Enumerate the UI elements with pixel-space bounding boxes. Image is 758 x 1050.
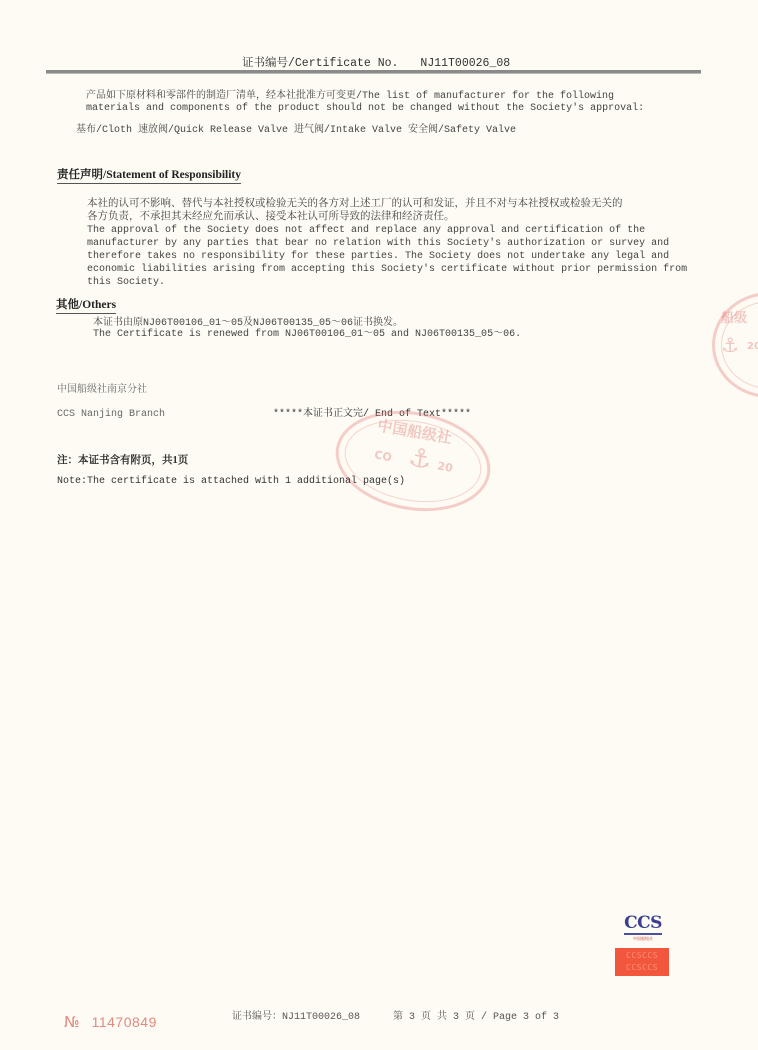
others-en: The Certificate is renewed from NJ06T001… bbox=[93, 329, 521, 342]
certificate-page: 证书编号/Certificate No.NJ11T00026_08 产品如下原材… bbox=[0, 0, 758, 1050]
responsibility-en-4: economic liabilities arising from accept… bbox=[87, 264, 687, 277]
responsibility-en-5: this Society. bbox=[87, 277, 165, 290]
edge-stamp-text: 船级 bbox=[721, 307, 747, 326]
intro-line-2: materials and components of the product … bbox=[86, 103, 644, 116]
responsibility-title: 责任声明/Statement of Responsibility bbox=[57, 166, 241, 184]
cert-label: 证书编号/Certificate No. bbox=[242, 57, 398, 70]
issuer-en: CCS Nanjing Branch bbox=[57, 409, 165, 422]
responsibility-en-2: manufacturer by any parties that bear no… bbox=[87, 238, 669, 251]
serial-number: №11470849 bbox=[64, 1013, 157, 1031]
header-divider bbox=[46, 70, 701, 74]
materials-list: 基布/Cloth 速放阀/Quick Release Valve 进气阀/Int… bbox=[76, 125, 516, 138]
ccs-logo-letters: CCS bbox=[622, 914, 664, 932]
responsibility-cn-1: 本社的认可不影响、替代与本社授权或检验无关的各方对上述工厂的认可和发证，并且不对… bbox=[87, 198, 623, 211]
edge-seal-stamp: 船级 ⚓ 20 bbox=[712, 292, 758, 398]
responsibility-cn-2: 各方负责，不承担其未经应允而承认、接受本社认可所导致的法律和经济责任。 bbox=[87, 211, 455, 224]
serial-prefix: № bbox=[64, 1013, 80, 1031]
others-title: 其他/Others bbox=[56, 296, 116, 314]
edge-anchor-icon: ⚓ bbox=[721, 333, 739, 357]
responsibility-en-1: The approval of the Society does not aff… bbox=[87, 225, 645, 238]
footer-cert-number: 证书编号：NJ11T00026_08 bbox=[232, 1007, 360, 1023]
footer-page-indicator: 第 3 页 共 3 页 / Page 3 of 3 bbox=[393, 1007, 559, 1023]
certificate-number-header: 证书编号/Certificate No.NJ11T00026_08 bbox=[242, 54, 510, 70]
serial-value: 11470849 bbox=[92, 1014, 157, 1030]
stamp-year: 20 bbox=[436, 459, 453, 474]
edge-stamp-year: 20 bbox=[747, 341, 758, 352]
responsibility-en-3: therefore takes no responsibility for th… bbox=[87, 251, 669, 264]
note-cn: 注：本证书含有附页，共1页 bbox=[57, 455, 188, 468]
intro-line-1: 产品如下原材料和零部件的制造厂清单，经本社批准方可变更/The list of … bbox=[86, 91, 614, 104]
issuer-cn: 中国船级社南京分社 bbox=[57, 385, 147, 398]
ccs-logo-sub: 中国船级社 bbox=[622, 936, 664, 941]
security-hologram-label: CCSCCS CCSCCS bbox=[615, 948, 669, 976]
stamp-sub: CO bbox=[373, 448, 392, 464]
cert-number: NJ11T00026_08 bbox=[420, 57, 510, 70]
note-en: Note:The certificate is attached with 1 … bbox=[57, 476, 405, 489]
ccs-logo: CCS 中国船级社 bbox=[622, 914, 664, 941]
